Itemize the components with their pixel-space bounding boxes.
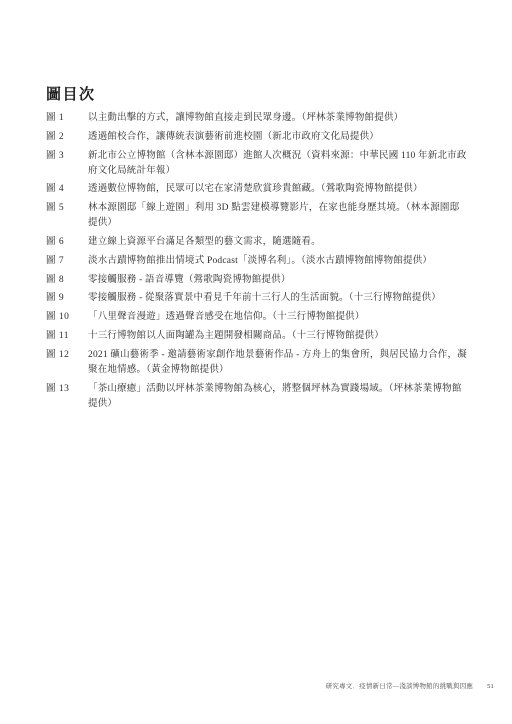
figure-entry: 圖 11十三行博物館以人面陶罐為主題開發相關商品。（十三行博物館提供） [46,329,468,344]
figure-label: 圖 8 [46,273,88,288]
figure-caption: 2021 礦山藝術季 - 邀請藝術家創作地景藝術作品 - 方舟上的集會所，與居民… [88,348,468,378]
document-page: 圖目次 圖 1以主動出擊的方式，讓博物館直接走到民眾身邊。（坪林茶業博物館提供）… [0,0,512,724]
figure-caption: 林本源園邸「線上遊園」利用 3D 點雲建模導覽影片，在家也能身歷其境。（林本源園… [88,201,468,231]
figure-entry: 圖 10「八里聲音漫遊」透過聲音感受在地信仰。（十三行博物館提供） [46,310,468,325]
figure-caption: 「八里聲音漫遊」透過聲音感受在地信仰。（十三行博物館提供） [88,310,468,325]
figure-label: 圖 4 [46,182,88,197]
footer-running-title: 研究專文．疫情新日常—淺談博物館的挑戰與因應 [326,681,473,690]
figure-label: 圖 7 [46,254,88,269]
figure-label: 圖 2 [46,130,88,145]
figure-caption: 透過數位博物館，民眾可以宅在家清楚欣賞珍貴館藏。（鶯歌陶瓷博物館提供） [88,182,468,197]
figure-entry: 圖 7淡水古蹟博物館推出情境式 Podcast「淡博名利」。（淡水古蹟博物館博物… [46,254,468,269]
figure-entry: 圖 2透過館校合作，讓傳統表演藝術前進校園（新北市政府文化局提供） [46,130,468,145]
figure-entry: 圖 13「茶山療癒」活動以坪林茶業博物館為核心，將整個坪林為實踐場域。（坪林茶業… [46,382,468,412]
figure-caption: 建立線上資源平台滿足各類型的藝文需求，隨選隨看。 [88,235,468,250]
figure-caption: 十三行博物館以人面陶罐為主題開發相關商品。（十三行博物館提供） [88,329,468,344]
figure-label: 圖 12 [46,348,88,363]
figure-entry: 圖 1以主動出擊的方式，讓博物館直接走到民眾身邊。（坪林茶業博物館提供） [46,111,468,126]
page-footer: 研究專文．疫情新日常—淺談博物館的挑戰與因應 51 [0,681,494,690]
figure-caption: 透過館校合作，讓傳統表演藝術前進校園（新北市政府文化局提供） [88,130,468,145]
figure-label: 圖 9 [46,291,88,306]
figure-entry: 圖 5林本源園邸「線上遊園」利用 3D 點雲建模導覽影片，在家也能身歷其境。（林… [46,201,468,231]
figure-caption: 零接觸服務 - 語音導覽（鶯歌陶瓷博物館提供） [88,273,468,288]
figure-label: 圖 1 [46,111,88,126]
figure-caption: 淡水古蹟博物館推出情境式 Podcast「淡博名利」。（淡水古蹟博物館博物館提供… [88,254,468,269]
figure-list: 圖 1以主動出擊的方式，讓博物館直接走到民眾身邊。（坪林茶業博物館提供）圖 2透… [46,111,468,415]
figure-label: 圖 3 [46,149,88,164]
figure-label: 圖 5 [46,201,88,216]
figure-entry: 圖 4透過數位博物館，民眾可以宅在家清楚欣賞珍貴館藏。（鶯歌陶瓷博物館提供） [46,182,468,197]
figure-caption: 零接觸服務 - 從聚落實景中看見千年前十三行人的生活面貌。（十三行博物館提供） [88,291,468,306]
figure-entry: 圖 8零接觸服務 - 語音導覽（鶯歌陶瓷博物館提供） [46,273,468,288]
figure-entry: 圖 6建立線上資源平台滿足各類型的藝文需求，隨選隨看。 [46,235,468,250]
figure-entry: 圖 3新北市公立博物館（含林本源園邸）進館人次概況（資料來源：中華民國 110 … [46,149,468,179]
page-number: 51 [487,683,494,690]
figure-label: 圖 6 [46,235,88,250]
figure-entry: 圖 9零接觸服務 - 從聚落實景中看見千年前十三行人的生活面貌。（十三行博物館提… [46,291,468,306]
page-title: 圖目次 [46,83,96,104]
figure-label: 圖 10 [46,310,88,325]
figure-label: 圖 11 [46,329,88,344]
figure-entry: 圖 122021 礦山藝術季 - 邀請藝術家創作地景藝術作品 - 方舟上的集會所… [46,348,468,378]
figure-caption: 「茶山療癒」活動以坪林茶業博物館為核心，將整個坪林為實踐場域。（坪林茶業博物館提… [88,382,468,412]
figure-caption: 新北市公立博物館（含林本源園邸）進館人次概況（資料來源：中華民國 110 年新北… [88,149,468,179]
figure-caption: 以主動出擊的方式，讓博物館直接走到民眾身邊。（坪林茶業博物館提供） [88,111,468,126]
figure-label: 圖 13 [46,382,88,397]
